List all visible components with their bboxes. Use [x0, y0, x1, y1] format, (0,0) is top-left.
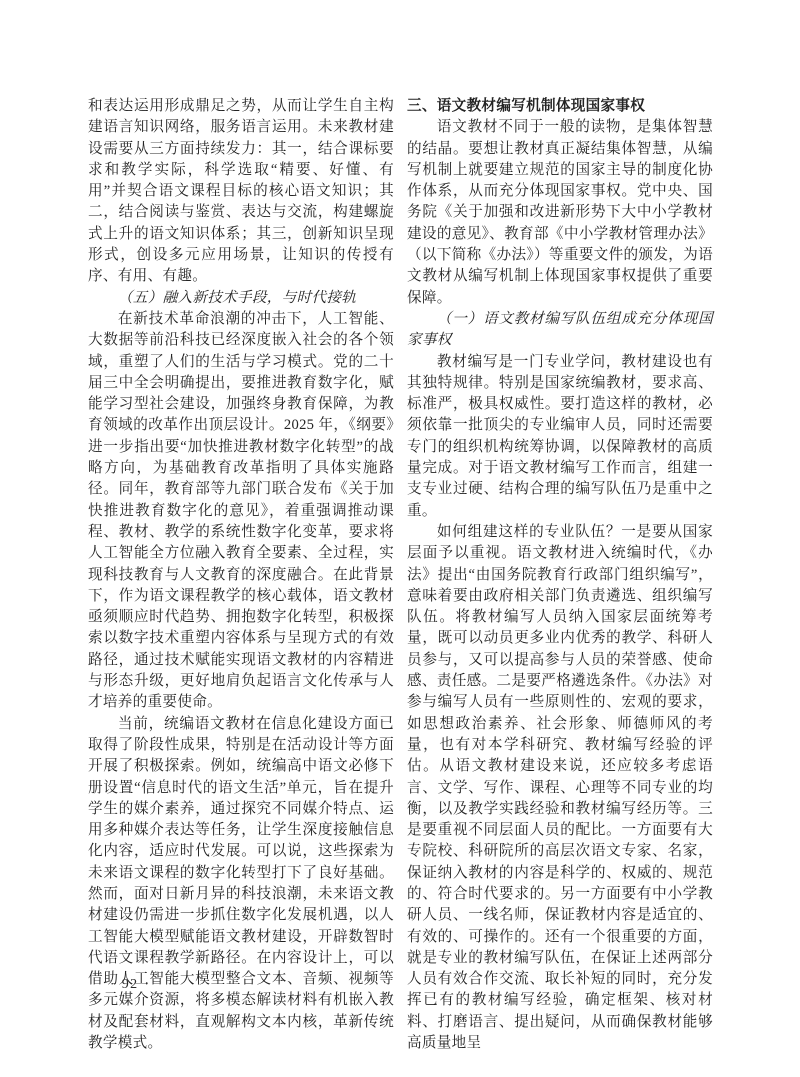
paragraph-new-tech: 在新技术革命浪潮的冲击下，人工智能、大数据等前沿科技已经深度嵌入社会的各个领域，… — [88, 309, 394, 714]
left-column: 和表达运用形成鼎足之势，从而让学生自主构建语言知识网络，服务语言运用。未来教材建… — [88, 96, 394, 1054]
paragraph-team-building: 教材编写是一门专业学问，教材建设也有其独特规律。特别是国家统编教材，要求高、标准… — [407, 352, 713, 522]
section-heading-3: 三、语文教材编写机制体现国家事权 — [407, 96, 713, 117]
page-number: 92 — [122, 977, 139, 992]
subsection-heading-1: （一）语文教材编写队伍组成充分体现国家事权 — [407, 309, 713, 352]
page-body: 和表达运用形成鼎足之势，从而让学生自主构建语言知识网络，服务语言运用。未来教材建… — [88, 96, 713, 1054]
paragraph-how-to-build: 如何组建这样的专业队伍？一是要从国家层面予以重视。语文教材进入统编时代，《办法》… — [407, 522, 713, 1054]
paragraph-intro: 语文教材不同于一般的读物，是集体智慧的结晶。要想让教材真正凝结集体智慧，从编写机… — [407, 117, 713, 309]
paragraph-current-status: 当前，统编语文教材在信息化建设方面已取得了阶段性成果，特别是在活动设计等方面开展… — [88, 714, 394, 1055]
footer-right-dot: · — [139, 976, 157, 991]
section-heading-5: （五）融入新技术手段，与时代接轨 — [88, 288, 394, 309]
page-number-footer: ·92· — [104, 976, 156, 993]
right-column: 三、语文教材编写机制体现国家事权 语文教材不同于一般的读物，是集体智慧的结晶。要… — [407, 96, 713, 1054]
footer-left-dot: · — [104, 976, 122, 991]
paragraph-continuation: 和表达运用形成鼎足之势，从而让学生自主构建语言知识网络，服务语言运用。未来教材建… — [88, 96, 394, 288]
